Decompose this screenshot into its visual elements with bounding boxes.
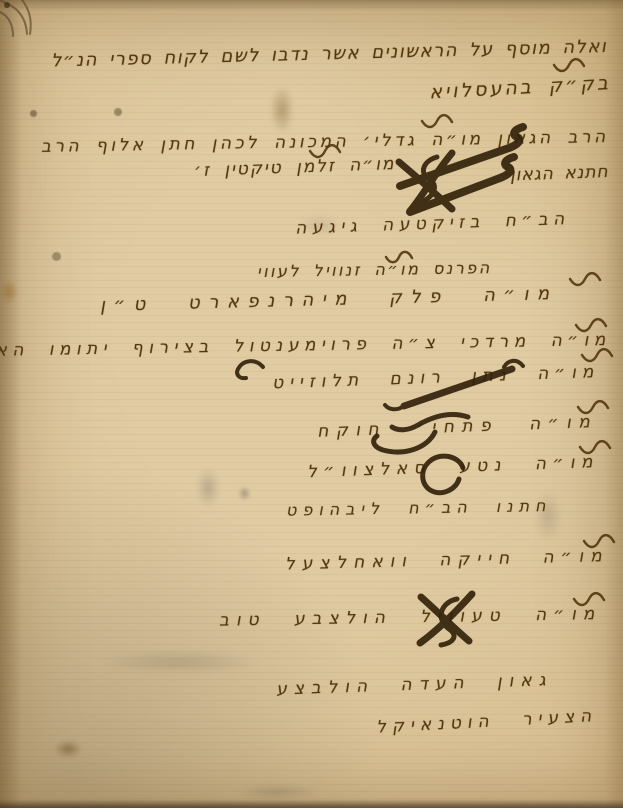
manuscript-line-11: מו״ה נטע סאלצוו״ל [307, 452, 600, 482]
manuscript-line-13: מו״ה חייקה וואחלצעל [285, 546, 609, 574]
stain [114, 108, 122, 116]
manuscript-line-15: גאון העדה הולבצע [276, 670, 553, 700]
manuscript-line-10: מו״ה פתחי׳ חוקח [317, 412, 598, 442]
manuscript-line-6: הפרנס מו״ה זנוויל לעווי [257, 258, 492, 281]
manuscript-line-16: הצעיר הוטנאיקל [376, 706, 598, 738]
manuscript-line-4a: חתנא הגאון [510, 162, 609, 185]
stain [238, 486, 251, 501]
stain [270, 86, 294, 134]
x-flourish-1 [399, 153, 452, 211]
manuscript-page: ואלה מוסף על הראשונים אשר נדבו לשם לקוח … [0, 0, 623, 808]
manuscript-line-14: מו״ה טעוויל הולצבע טוב [219, 604, 602, 631]
manuscript-line-2: בק״ק בהעסלויא [429, 72, 612, 103]
ink-speck [4, 2, 10, 8]
abbrev-squiggle [422, 115, 452, 127]
stain [100, 650, 260, 674]
stain [30, 110, 37, 117]
pen-flourish-left [237, 361, 263, 378]
manuscript-line-4b: מו״ה זלמן טיקטין ז׳ [193, 154, 395, 181]
manuscript-line-7: מו״ה פלק מיהרנפארט ט״ן [100, 283, 558, 316]
abbrev-squiggle [554, 59, 584, 71]
manuscript-line-1: ואלה מוסף על הראשונים אשר נדבו לשם לקוח … [51, 36, 608, 72]
abbrev-squiggle [582, 349, 612, 361]
manuscript-line-3: הרב הגאון מו״ה גדלי׳ המכונה לכהן חתן אלו… [41, 127, 609, 157]
manuscript-line-12: חתנו הב״ח ליבהופט [285, 496, 551, 520]
stain [52, 252, 61, 261]
abbrev-squiggle [584, 535, 614, 547]
stain [54, 740, 82, 758]
abbrev-squiggle [570, 273, 600, 285]
stain [0, 280, 18, 304]
pen-hook [385, 405, 404, 409]
manuscript-line-9: מו״ה נתן רונם תלוזייט [271, 362, 599, 393]
crossout-stroke-2 [410, 157, 514, 212]
manuscript-line-5: הב״ח בזיקטעה גיגעה [295, 209, 570, 239]
manuscript-line-8: מו״ה מרדכי צ״ה פרוימענטול בצירוף יתומו ה… [0, 330, 611, 361]
stain [196, 468, 220, 508]
page-corner-curl-icon [0, 0, 31, 36]
stain [238, 784, 318, 800]
